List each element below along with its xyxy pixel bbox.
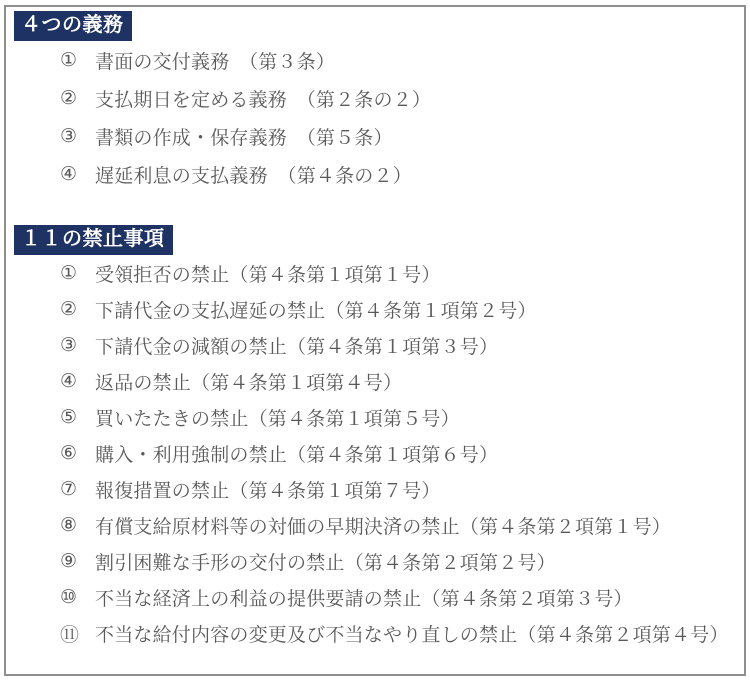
list-item: ③ 書類の作成・保存義務 （第５条）	[6, 117, 744, 155]
item-number: ①	[60, 262, 95, 285]
item-text: 下請代金の減額の禁止（第４条第１項第３号）	[95, 332, 498, 359]
list-item: ① 書面の交付義務 （第３条）	[6, 41, 744, 79]
item-number: ④	[60, 370, 95, 393]
list-item: ⑩ 不当な経済上の利益の提供要請の禁止（第４条第２項第３号）	[6, 579, 744, 615]
list-item: ⑥ 購入・利用強制の禁止（第４条第１項第６号）	[6, 435, 744, 471]
list-item: ⑪ 不当な給付内容の変更及び不当なやり直しの禁止（第４条第２項第４号）	[6, 615, 744, 651]
item-number: ③	[60, 125, 95, 148]
list-item: ② 下請代金の支払遅延の禁止（第４条第１項第２号）	[6, 291, 744, 327]
prohibitions-list: ① 受領拒否の禁止（第４条第１項第１号） ② 下請代金の支払遅延の禁止（第４条第…	[6, 255, 744, 651]
content-box: ４つの義務 ① 書面の交付義務 （第３条） ② 支払期日を定める義務 （第２条の…	[4, 5, 746, 676]
item-number: ③	[60, 334, 95, 357]
item-text: 割引困難な手形の交付の禁止（第４条第２項第２号）	[95, 548, 556, 575]
item-number: ②	[60, 87, 95, 110]
item-number: ⑪	[60, 620, 95, 647]
list-item: ⑧ 有償支給原材料等の対価の早期決済の禁止（第４条第２項第１号）	[6, 507, 744, 543]
item-text: 購入・利用強制の禁止（第４条第１項第６号）	[95, 440, 498, 467]
prohibitions-heading: １１の禁止事項	[14, 225, 173, 255]
item-text: 下請代金の支払遅延の禁止（第４条第１項第２号）	[95, 296, 537, 323]
list-item: ④ 遅延利息の支払義務 （第４条の２）	[6, 155, 744, 193]
prohibitions-section: １１の禁止事項 ① 受領拒否の禁止（第４条第１項第１号） ② 下請代金の支払遅延…	[6, 193, 744, 651]
item-number: ②	[60, 298, 95, 321]
item-text: 有償支給原材料等の対価の早期決済の禁止（第４条第２項第１号）	[95, 512, 671, 539]
list-item: ⑨ 割引困難な手形の交付の禁止（第４条第２項第２号）	[6, 543, 744, 579]
item-text: 買いたたきの禁止（第４条第１項第５号）	[95, 404, 460, 431]
item-text: 書面の交付義務 （第３条）	[95, 47, 335, 74]
item-number: ④	[60, 163, 95, 186]
item-number: ⑥	[60, 442, 95, 465]
list-item: ⑤ 買いたたきの禁止（第４条第１項第５号）	[6, 399, 744, 435]
item-text: 書類の作成・保存義務 （第５条）	[95, 123, 393, 150]
item-number: ①	[60, 49, 95, 72]
item-number: ⑤	[60, 406, 95, 429]
obligations-list: ① 書面の交付義務 （第３条） ② 支払期日を定める義務 （第２条の２） ③ 書…	[6, 41, 744, 193]
list-item: ③ 下請代金の減額の禁止（第４条第１項第３号）	[6, 327, 744, 363]
item-number: ⑨	[60, 550, 95, 573]
item-text: 報復措置の禁止（第４条第１項第７号）	[95, 476, 441, 503]
item-text: 不当な給付内容の変更及び不当なやり直しの禁止（第４条第２項第４号）	[95, 620, 729, 647]
obligations-section: ４つの義務 ① 書面の交付義務 （第３条） ② 支払期日を定める義務 （第２条の…	[6, 7, 744, 193]
item-text: 不当な経済上の利益の提供要請の禁止（第４条第２項第３号）	[95, 584, 633, 611]
item-text: 支払期日を定める義務 （第２条の２）	[95, 85, 431, 112]
item-number: ⑩	[60, 586, 95, 609]
item-number: ⑧	[60, 514, 95, 537]
list-item: ② 支払期日を定める義務 （第２条の２）	[6, 79, 744, 117]
item-text: 返品の禁止（第４条第１項第４号）	[95, 368, 402, 395]
list-item: ① 受領拒否の禁止（第４条第１項第１号）	[6, 255, 744, 291]
item-text: 遅延利息の支払義務 （第４条の２）	[95, 161, 412, 188]
obligations-heading: ４つの義務	[14, 11, 132, 41]
list-item: ④ 返品の禁止（第４条第１項第４号）	[6, 363, 744, 399]
item-text: 受領拒否の禁止（第４条第１項第１号）	[95, 260, 441, 287]
item-number: ⑦	[60, 478, 95, 501]
list-item: ⑦ 報復措置の禁止（第４条第１項第７号）	[6, 471, 744, 507]
